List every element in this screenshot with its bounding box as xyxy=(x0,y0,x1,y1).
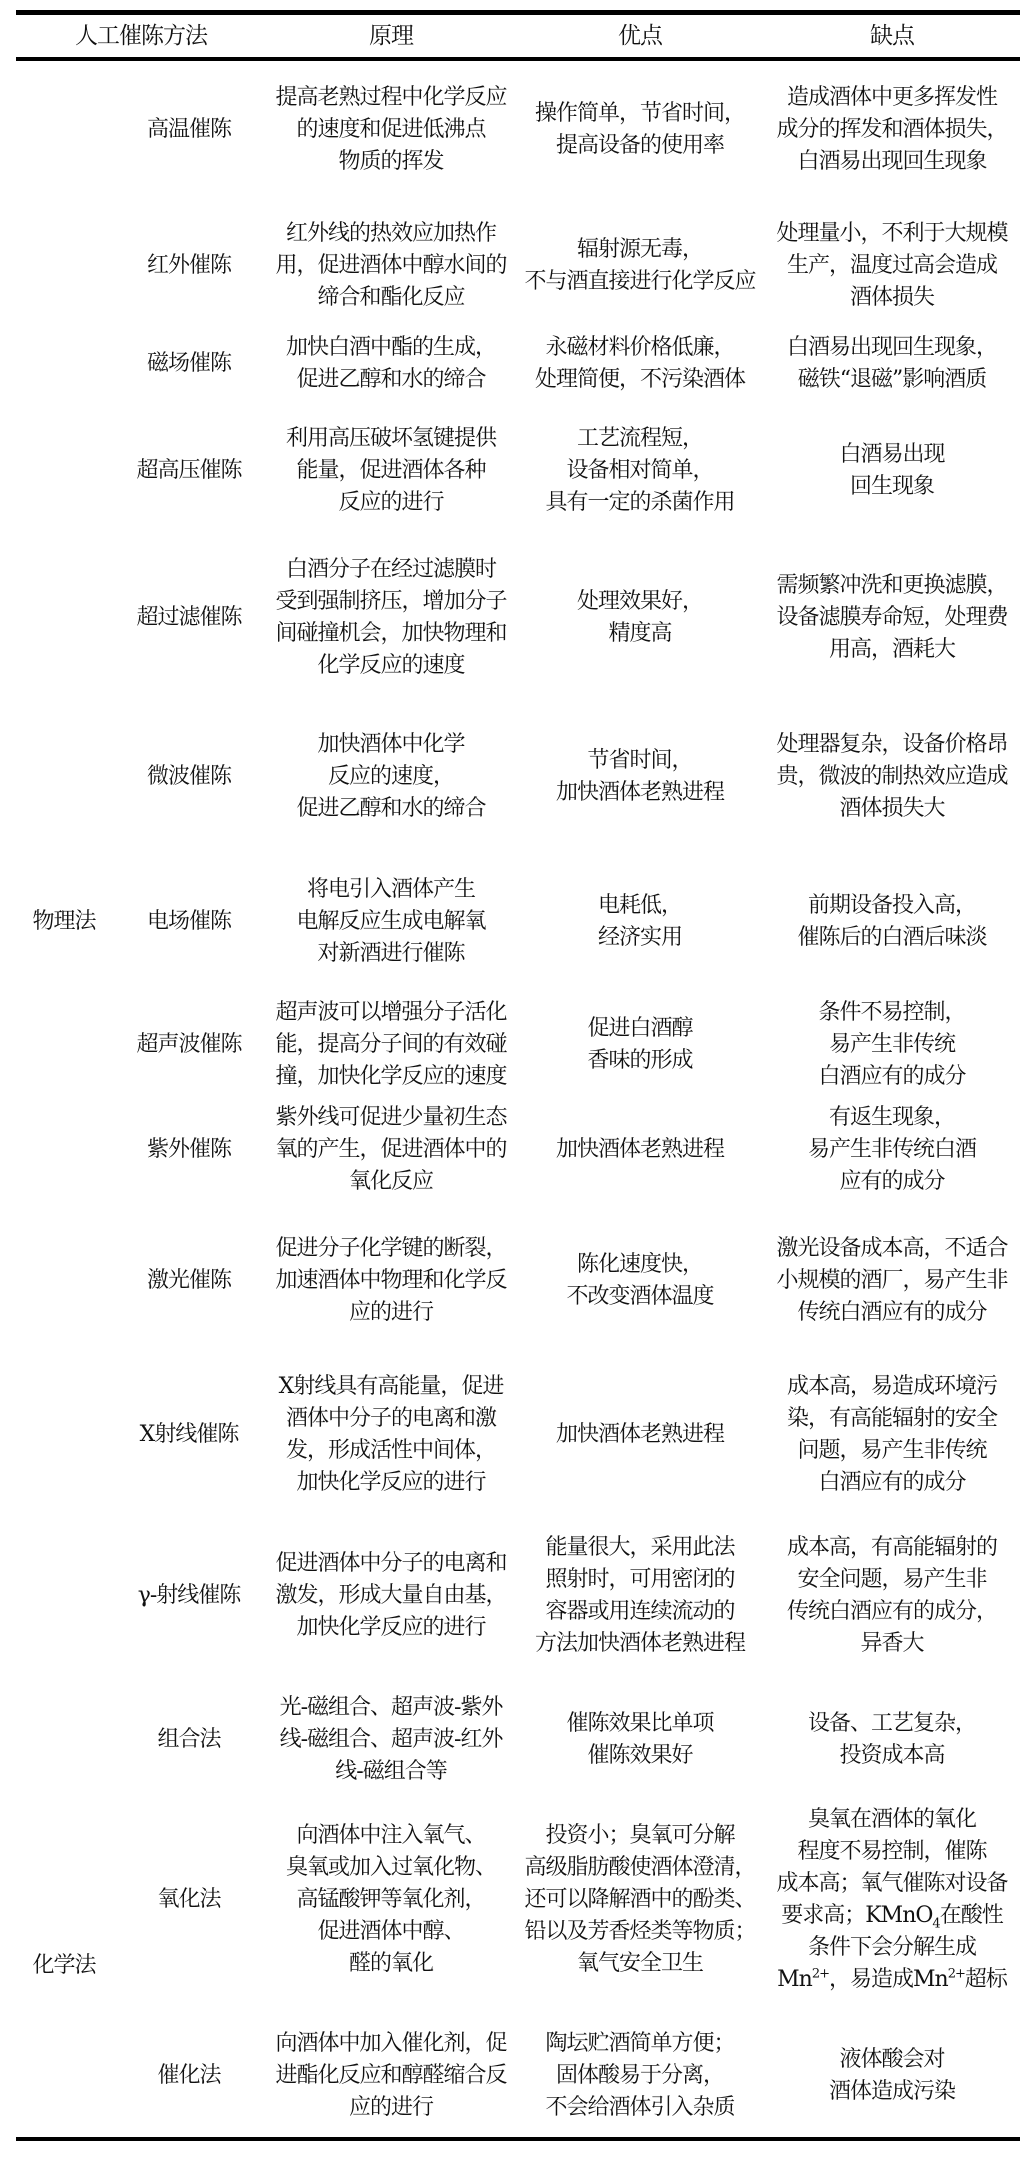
cell-text: 工艺流程短， 设备相对简单， 具有一定的杀菌作用 xyxy=(545,423,734,519)
advantage-cell: 永磁材料价格低廉， 处理简便，不污染酒体 xyxy=(516,324,764,404)
disadvantage-cell: 成本高，有高能辐射的 安全问题，易产生非 传统白酒应有的成分， 异香大 xyxy=(764,1521,1020,1671)
cell-text: 液体酸会对 酒体造成污染 xyxy=(829,2044,955,2108)
cell-text: 设备、工艺复杂， 投资成本高 xyxy=(808,1708,976,1772)
cell-text: 成本高，易造成环境污 染，有高能辐射的安全 问题，易产生非传统 白酒应有的成分 xyxy=(787,1371,997,1499)
advantage-cell: 电耗低， 经济实用 xyxy=(516,862,764,982)
principle-cell: 超声波可以增强分子活化 能，提高分子间的有效碰 撞，加快化学反应的速度 xyxy=(266,985,516,1105)
cell-text: 氧化法 xyxy=(157,1884,220,1916)
disadvantage-cell: 成本高，易造成环境污 染，有高能辐射的安全 问题，易产生非传统 白酒应有的成分 xyxy=(764,1360,1020,1510)
method-cell: 组合法 xyxy=(112,1680,266,1800)
method-cell: 红外催陈 xyxy=(112,206,266,326)
cell-text: 处理效果好， 精度高 xyxy=(577,586,703,650)
advantage-cell: 陈化速度快， 不改变酒体温度 xyxy=(516,1221,764,1341)
advantage-cell: 操作简单，节省时间， 提高设备的使用率 xyxy=(516,65,764,195)
cell-text: 能量很大，采用此法 照射时，可用密闭的 容器或用连续流动的 方法加快酒体老熟进程 xyxy=(535,1532,745,1660)
disadvantage-cell: 白酒易出现 回生现象 xyxy=(764,411,1020,531)
method-cell: 电场催陈 xyxy=(112,862,266,982)
principle-cell: 红外线的热效应加热作 用，促进酒体中醇水间的 缔合和酯化反应 xyxy=(266,206,516,326)
cell-text: 磁场催陈 xyxy=(147,348,231,380)
advantage-cell: 工艺流程短， 设备相对简单， 具有一定的杀菌作用 xyxy=(516,411,764,531)
advantage-cell: 催陈效果比单项 催陈效果好 xyxy=(516,1680,764,1800)
cell-text: 辐射源无毒， 不与酒直接进行化学反应 xyxy=(524,234,755,298)
advantage-cell: 促进白酒醇 香味的形成 xyxy=(516,985,764,1105)
bottom-border xyxy=(16,2137,1020,2141)
cell-text: 促进酒体中分子的电离和 激发，形成大量自由基， 加快化学反应的进行 xyxy=(275,1548,506,1644)
principle-cell: 促进酒体中分子的电离和 激发，形成大量自由基， 加快化学反应的进行 xyxy=(266,1521,516,1671)
cell-text: 组合法 xyxy=(157,1724,220,1756)
disadvantage-cell: 前期设备投入高， 催陈后的白酒后味淡 xyxy=(764,862,1020,982)
principle-cell: 向酒体中加入催化剂，促 进酯化反应和醇醛缩合反 应的进行 xyxy=(266,2016,516,2136)
cell-text: X射线具有高能量，促进 酒体中分子的电离和激 发，形成活性中间体， 加快化学反应… xyxy=(279,1371,504,1499)
cell-text: 造成酒体中更多挥发性 成分的挥发和酒体损失， 白酒易出现回生现象 xyxy=(776,82,1007,178)
cell-text: 光-磁组合、超声波-紫外 线-磁组合、超声波-红外 线-磁组合等 xyxy=(280,1692,503,1788)
cell-text: 成本高，有高能辐射的 安全问题，易产生非 传统白酒应有的成分， 异香大 xyxy=(787,1532,997,1660)
cell-text: 催陈效果比单项 催陈效果好 xyxy=(566,1708,713,1772)
method-cell: 激光催陈 xyxy=(112,1221,266,1341)
cell-text: 操作简单，节省时间， 提高设备的使用率 xyxy=(535,98,745,162)
cell-text: 加快白酒中酯的生成， 促进乙醇和水的缔合 xyxy=(286,332,496,396)
method-cell: γ-射线催陈 xyxy=(112,1521,266,1671)
principle-cell: 提高老熟过程中化学反应 的速度和促进低沸点 物质的挥发 xyxy=(266,65,516,195)
cell-text: 高温催陈 xyxy=(147,114,231,146)
advantage-cell: 投资小；臭氧可分解 高级脂肪酸使酒体澄清， 还可以降解酒中的酚类、 铅以及芳香烃… xyxy=(516,1790,764,2010)
cell-text: 利用高压破坏氢键提供 能量，促进酒体各种 反应的进行 xyxy=(286,423,496,519)
cell-text: 向酒体中加入催化剂，促 进酯化反应和醇醛缩合反 应的进行 xyxy=(275,2028,506,2124)
cell-text: 紫外催陈 xyxy=(147,1134,231,1166)
cell-text: 白酒分子在经过滤膜时 受到强制挤压，增加分子 间碰撞机会，加快物理和 化学反应的… xyxy=(275,554,506,682)
disadvantage-cell: 液体酸会对 酒体造成污染 xyxy=(764,2016,1020,2136)
method-cell: 超声波催陈 xyxy=(112,985,266,1105)
advantage-cell: 加快酒体老熟进程 xyxy=(516,1360,764,1510)
method-cell: 氧化法 xyxy=(112,1790,266,2010)
principle-cell: 促进分子化学键的断裂， 加速酒体中物理和化学反 应的进行 xyxy=(266,1221,516,1341)
advantage-cell: 加快酒体老熟进程 xyxy=(516,1090,764,1210)
advantage-cell: 陶坛贮酒简单方便； 固体酸易于分离， 不会给酒体引入杂质 xyxy=(516,2016,764,2136)
header-method: 人工催陈方法 xyxy=(16,14,266,58)
cell-text: 加快酒体老熟进程 xyxy=(556,1134,724,1166)
cell-text: 电耗低， 经济实用 xyxy=(598,890,682,954)
cell-text: 有返生现象， 易产生非传统白酒 应有的成分 xyxy=(808,1102,976,1198)
disadvantage-cell: 激光设备成本高，不适合 小规模的酒厂，易产生非 传统白酒应有的成分 xyxy=(764,1221,1020,1341)
advantage-cell: 处理效果好， 精度高 xyxy=(516,543,764,693)
cell-text: 促进分子化学键的断裂， 加速酒体中物理和化学反 应的进行 xyxy=(275,1233,506,1329)
cell-text: γ-射线催陈 xyxy=(138,1580,241,1612)
principle-cell: 紫外线可促进少量初生态 氧的产生，促进酒体中的 氧化反应 xyxy=(266,1090,516,1210)
cell-text: 超声波催陈 xyxy=(136,1029,241,1061)
cell-text: 微波催陈 xyxy=(147,761,231,793)
cell-text: 臭氧在酒体的氧化 程度不易控制，催陈 成本高；氧气催陈对设备 要求高；KMnO4… xyxy=(776,1804,1007,1996)
advantage-cell: 辐射源无毒， 不与酒直接进行化学反应 xyxy=(516,206,764,326)
cell-text: 需频繁冲洗和更换滤膜， 设备滤膜寿命短，处理费 用高，酒耗大 xyxy=(776,570,1007,666)
cell-text: 超高压催陈 xyxy=(136,455,241,487)
cell-text: X射线催陈 xyxy=(140,1419,239,1451)
cell-text: 条件不易控制， 易产生非传统 白酒应有的成分 xyxy=(818,997,965,1093)
group-physical: 物理法 xyxy=(16,902,112,942)
header-principle: 原理 xyxy=(266,14,516,58)
advantage-cell: 能量很大，采用此法 照射时，可用密闭的 容器或用连续流动的 方法加快酒体老熟进程 xyxy=(516,1521,764,1671)
header-advantage: 优点 xyxy=(516,14,764,58)
cell-text: 节省时间， 加快酒体老熟进程 xyxy=(556,745,724,809)
disadvantage-cell: 需频繁冲洗和更换滤膜， 设备滤膜寿命短，处理费 用高，酒耗大 xyxy=(764,543,1020,693)
disadvantage-cell: 造成酒体中更多挥发性 成分的挥发和酒体损失， 白酒易出现回生现象 xyxy=(764,65,1020,195)
disadvantage-cell: 有返生现象， 易产生非传统白酒 应有的成分 xyxy=(764,1090,1020,1210)
principle-cell: 将电引入酒体产生 电解反应生成电解氧 对新酒进行催陈 xyxy=(266,862,516,982)
cell-text: 促进白酒醇 香味的形成 xyxy=(587,1013,692,1077)
principle-cell: 利用高压破坏氢键提供 能量，促进酒体各种 反应的进行 xyxy=(266,411,516,531)
cell-text: 红外线的热效应加热作 用，促进酒体中醇水间的 缔合和酯化反应 xyxy=(275,218,506,314)
disadvantage-cell: 处理器复杂，设备价格昂 贵，微波的制热效应造成 酒体损失大 xyxy=(764,717,1020,837)
disadvantage-cell: 条件不易控制， 易产生非传统 白酒应有的成分 xyxy=(764,985,1020,1105)
cell-text: 陈化速度快， 不改变酒体温度 xyxy=(566,1249,713,1313)
cell-text: 加快酒体中化学 反应的速度， 促进乙醇和水的缔合 xyxy=(296,729,485,825)
cell-text: 白酒易出现 回生现象 xyxy=(839,439,944,503)
cell-text: 加快酒体老熟进程 xyxy=(556,1419,724,1451)
cell-text: 前期设备投入高， 催陈后的白酒后味淡 xyxy=(797,890,986,954)
cell-text: 投资小；臭氧可分解 高级脂肪酸使酒体澄清， 还可以降解酒中的酚类、 铅以及芳香烃… xyxy=(524,1820,755,1980)
method-cell: 高温催陈 xyxy=(112,65,266,195)
method-cell: X射线催陈 xyxy=(112,1360,266,1510)
cell-text: 向酒体中注入氧气、 臭氧或加入过氧化物、 高锰酸钾等氧化剂， 促进酒体中醇、 醛… xyxy=(286,1820,496,1980)
cell-text: 处理量小，不利于大规模 生产，温度过高会造成 酒体损失 xyxy=(776,218,1007,314)
disadvantage-cell: 臭氧在酒体的氧化 程度不易控制，催陈 成本高；氧气催陈对设备 要求高；KMnO4… xyxy=(764,1790,1020,2010)
cell-text: 紫外线可促进少量初生态 氧的产生，促进酒体中的 氧化反应 xyxy=(275,1102,506,1198)
cell-text: 提高老熟过程中化学反应 的速度和促进低沸点 物质的挥发 xyxy=(275,82,506,178)
disadvantage-cell: 处理量小，不利于大规模 生产，温度过高会造成 酒体损失 xyxy=(764,206,1020,326)
method-cell: 磁场催陈 xyxy=(112,324,266,404)
group-chemical: 化学法 xyxy=(16,1946,112,1986)
principle-cell: 光-磁组合、超声波-紫外 线-磁组合、超声波-红外 线-磁组合等 xyxy=(266,1680,516,1800)
principle-cell: 向酒体中注入氧气、 臭氧或加入过氧化物、 高锰酸钾等氧化剂， 促进酒体中醇、 醛… xyxy=(266,1790,516,2010)
cell-text: 将电引入酒体产生 电解反应生成电解氧 对新酒进行催陈 xyxy=(296,874,485,970)
cell-text: 白酒易出现回生现象， 磁铁“退磁”影响酒质 xyxy=(787,332,997,396)
advantage-cell: 节省时间， 加快酒体老熟进程 xyxy=(516,717,764,837)
cell-text: 陶坛贮酒简单方便； 固体酸易于分离， 不会给酒体引入杂质 xyxy=(545,2028,734,2124)
cell-text: 激光设备成本高，不适合 小规模的酒厂，易产生非 传统白酒应有的成分 xyxy=(776,1233,1007,1329)
method-cell: 微波催陈 xyxy=(112,717,266,837)
header-disadvantage: 缺点 xyxy=(764,14,1020,58)
principle-cell: X射线具有高能量，促进 酒体中分子的电离和激 发，形成活性中间体， 加快化学反应… xyxy=(266,1360,516,1510)
disadvantage-cell: 设备、工艺复杂， 投资成本高 xyxy=(764,1680,1020,1800)
cell-text: 催化法 xyxy=(157,2060,220,2092)
method-cell: 超高压催陈 xyxy=(112,411,266,531)
cell-text: 激光催陈 xyxy=(147,1265,231,1297)
cell-text: 超过滤催陈 xyxy=(136,602,241,634)
cell-text: 处理器复杂，设备价格昂 贵，微波的制热效应造成 酒体损失大 xyxy=(776,729,1007,825)
principle-cell: 加快酒体中化学 反应的速度， 促进乙醇和水的缔合 xyxy=(266,717,516,837)
cell-text: 永磁材料价格低廉， 处理简便，不污染酒体 xyxy=(535,332,745,396)
method-cell: 紫外催陈 xyxy=(112,1090,266,1210)
method-cell: 催化法 xyxy=(112,2016,266,2136)
cell-text: 电场催陈 xyxy=(147,906,231,938)
cell-text: 红外催陈 xyxy=(147,250,231,282)
disadvantage-cell: 白酒易出现回生现象， 磁铁“退磁”影响酒质 xyxy=(764,324,1020,404)
cell-text: 超声波可以增强分子活化 能，提高分子间的有效碰 撞，加快化学反应的速度 xyxy=(275,997,506,1093)
principle-cell: 加快白酒中酯的生成， 促进乙醇和水的缔合 xyxy=(266,324,516,404)
method-cell: 超过滤催陈 xyxy=(112,543,266,693)
principle-cell: 白酒分子在经过滤膜时 受到强制挤压，增加分子 间碰撞机会，加快物理和 化学反应的… xyxy=(266,543,516,693)
